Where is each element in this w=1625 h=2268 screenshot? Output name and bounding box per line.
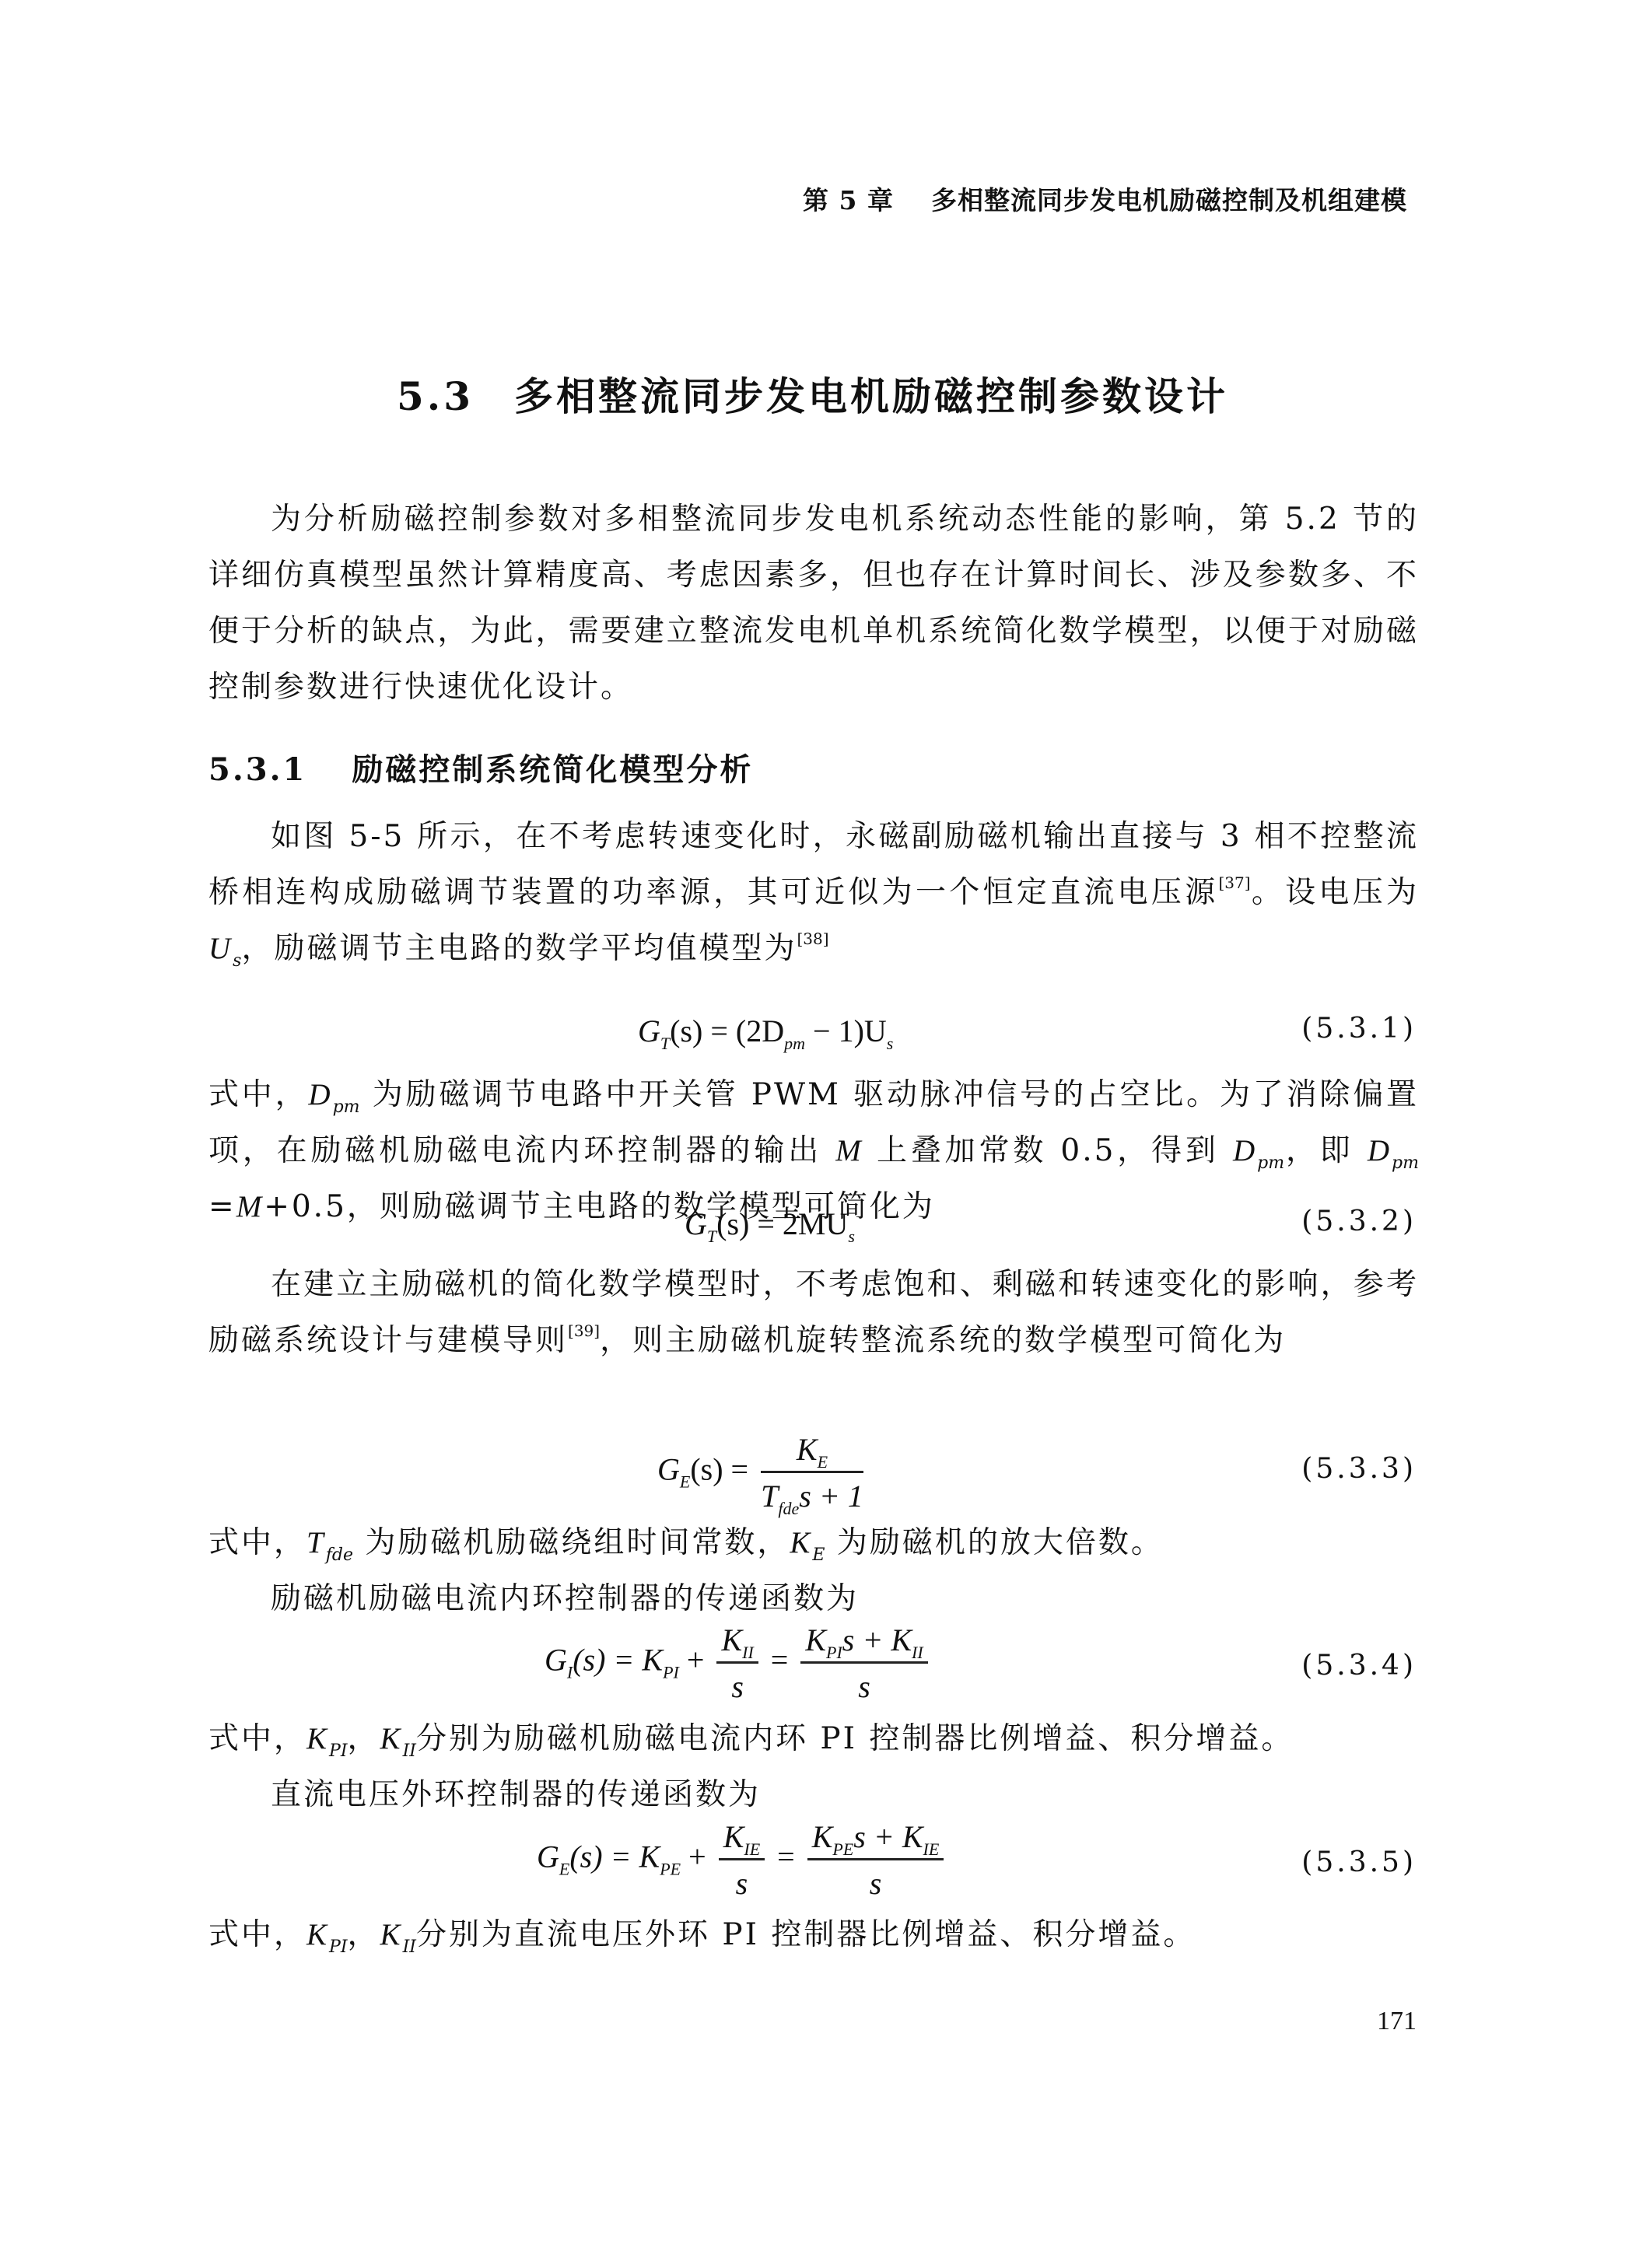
eq-text: (s) = xyxy=(690,1452,756,1487)
eq-text: = xyxy=(769,1839,803,1874)
eq-sub: II xyxy=(912,1643,923,1662)
eq-text: (s) = K xyxy=(573,1643,663,1678)
var-sub: pm xyxy=(1257,1153,1284,1173)
text-run: ，即 xyxy=(1284,1133,1368,1168)
eq-sub: IE xyxy=(744,1839,760,1859)
frac-den: s xyxy=(807,1860,944,1902)
chapter-label: 第 5 章 xyxy=(803,185,894,215)
eq-sub: T xyxy=(707,1227,716,1246)
text-run: 分别为直流电压外环 PI 控制器比例增益、积分增益。 xyxy=(416,1917,1196,1952)
equation-number: (5.3.3) xyxy=(1301,1453,1417,1485)
eq-sub: II xyxy=(742,1643,754,1662)
eq-sub: T xyxy=(660,1034,670,1053)
var-sub: II xyxy=(403,1741,416,1761)
eq-text: (s) = K xyxy=(569,1839,660,1874)
frac-num: K xyxy=(805,1622,826,1657)
eq-sub: PE xyxy=(832,1839,853,1859)
var-sub: pm xyxy=(333,1097,360,1117)
frac-den: s xyxy=(800,1664,927,1705)
frac-num: s + K xyxy=(853,1819,923,1854)
frac-den: s xyxy=(719,1860,765,1902)
var-sub: pm xyxy=(1392,1153,1419,1173)
eq-lhs: G xyxy=(657,1452,680,1487)
var-K: K xyxy=(306,1918,329,1951)
var-D: D xyxy=(308,1078,332,1111)
text-run: 式中， xyxy=(208,1525,306,1560)
subsection-title-text: 励磁控制系统简化模型分析 xyxy=(352,752,753,788)
frac-num: K xyxy=(797,1432,818,1467)
eq-sub: E xyxy=(818,1452,828,1472)
text-run: = xyxy=(208,1189,236,1224)
var-sub: II xyxy=(403,1937,416,1957)
eq-lhs: G xyxy=(545,1643,567,1678)
citation-39[interactable]: [39] xyxy=(568,1321,600,1340)
text-run: 为励磁机的放大倍数。 xyxy=(825,1525,1163,1560)
paragraph-inner-gains: 式中，KPI，KII分别为励磁机励磁电流内环 PI 控制器比例增益、积分增益。 xyxy=(208,1711,1419,1767)
text-run: 式中， xyxy=(208,1917,306,1952)
frac-num: s + K xyxy=(842,1622,912,1657)
subsection-number: 5.3.1 xyxy=(208,751,306,788)
equation-number: (5.3.1) xyxy=(1301,1013,1417,1045)
text-run: ， xyxy=(348,1721,380,1756)
eq-sub: s xyxy=(887,1034,894,1053)
section-title-text: 多相整流同步发电机励磁控制参数设计 xyxy=(514,374,1228,419)
paragraph-exciter-params: 式中，Tfde 为励磁机励磁绕组时间常数，KE 为励磁机的放大倍数。 xyxy=(208,1515,1419,1571)
var-M: M xyxy=(835,1134,863,1167)
var-K: K xyxy=(380,1722,403,1755)
var-D: D xyxy=(1233,1134,1257,1167)
running-head: 第 5 章多相整流同步发电机励磁控制及机组建模 xyxy=(803,180,1407,217)
text-run: 为励磁机励磁绕组时间常数， xyxy=(353,1525,790,1560)
frac-den: s xyxy=(716,1664,758,1705)
section-number: 5.3 xyxy=(397,373,474,419)
eq-text: + xyxy=(681,1839,714,1874)
section-title: 5.3多相整流同步发电机励磁控制参数设计 xyxy=(0,366,1625,422)
fraction: KE Tfdes + 1 xyxy=(761,1431,863,1514)
text-run: 式中， xyxy=(208,1077,308,1112)
eq-sub: E xyxy=(559,1860,569,1879)
equation-number: (5.3.2) xyxy=(1301,1206,1417,1237)
var-sub: PI xyxy=(329,1741,348,1761)
eq-lhs: G xyxy=(685,1206,707,1241)
citation-37[interactable]: [37] xyxy=(1219,873,1251,892)
text-run: ，则主励磁机旋转整流系统的数学模型可简化为 xyxy=(600,1323,1286,1358)
frac-den-tail: s + 1 xyxy=(799,1479,863,1514)
text-run: ， xyxy=(348,1917,380,1952)
text-run: ，励磁调节主电路的数学平均值模型为 xyxy=(241,931,797,966)
eq-text: = xyxy=(763,1643,797,1678)
frac-num: K xyxy=(723,1819,744,1854)
eq-text: (s) = (2D xyxy=(670,1013,784,1048)
fraction: KII s xyxy=(716,1622,758,1705)
eq-sub: E xyxy=(680,1472,690,1492)
var-T: T xyxy=(306,1526,326,1559)
eq-text: + xyxy=(679,1643,713,1678)
eq-sub: s xyxy=(848,1227,855,1246)
paragraph-main-exciter: 在建立主励磁机的简化数学模型时，不考虑饱和、剩磁和转速变化的影响，参考励磁系统设… xyxy=(208,1257,1419,1369)
chapter-title: 多相整流同步发电机励磁控制及机组建模 xyxy=(931,185,1407,215)
page-number: 171 xyxy=(1377,2007,1417,2036)
intro-paragraph: 为分析励磁控制参数对多相整流同步发电机系统动态性能的影响，第 5.2 节的详细仿… xyxy=(208,492,1419,716)
eq-sub: PI xyxy=(826,1643,842,1662)
fraction: KPIs + KII s xyxy=(800,1622,927,1705)
text-run: 。设电压为 xyxy=(1251,875,1419,910)
frac-den: T xyxy=(761,1479,778,1514)
eq-sub: PE xyxy=(660,1860,681,1879)
equation-number: (5.3.4) xyxy=(1301,1650,1417,1682)
paragraph-inner-loop-intro: 励磁机励磁电流内环控制器的传递函数为 xyxy=(208,1571,1419,1627)
fraction: KIE s xyxy=(719,1818,765,1902)
var-sub: s xyxy=(233,951,241,971)
eq-sub: pm xyxy=(784,1034,805,1053)
text-run: 分别为励磁机励磁电流内环 PI 控制器比例增益、积分增益。 xyxy=(416,1721,1294,1756)
var-K: K xyxy=(790,1526,812,1559)
paragraph-outer-gains: 式中，KPI，KII分别为直流电压外环 PI 控制器比例增益、积分增益。 xyxy=(208,1907,1419,1963)
eq-lhs: G xyxy=(537,1839,559,1874)
frac-num: K xyxy=(812,1819,833,1854)
var-U: U xyxy=(208,932,233,965)
var-K: K xyxy=(380,1918,403,1951)
text-run: 上叠加常数 0.5，得到 xyxy=(863,1133,1233,1168)
eq-sub: PI xyxy=(663,1663,679,1682)
eq-lhs: G xyxy=(638,1013,660,1048)
var-sub: PI xyxy=(329,1937,348,1957)
var-D: D xyxy=(1368,1134,1392,1167)
var-sub: E xyxy=(812,1545,825,1565)
paragraph-power-source: 如图 5-5 所示，在不考虑转速变化时，永磁副励磁机输出直接与 3 相不控整流桥… xyxy=(208,809,1419,977)
text-run: 式中， xyxy=(208,1721,306,1756)
var-sub: fde xyxy=(326,1545,353,1565)
eq-text: − 1)U xyxy=(805,1013,887,1048)
eq-text: (s) = 2MU xyxy=(716,1206,848,1241)
var-K: K xyxy=(306,1722,329,1755)
fraction: KPEs + KIE s xyxy=(807,1818,944,1902)
text-run: 如图 5-5 所示，在不考虑转速变化时，永磁副励磁机输出直接与 3 相不控整流桥… xyxy=(208,819,1419,910)
paragraph-outer-loop-intro: 直流电压外环控制器的传递函数为 xyxy=(208,1767,1419,1823)
eq-sub: IE xyxy=(923,1839,940,1859)
equation-number: (5.3.5) xyxy=(1301,1846,1417,1878)
subsection-title: 5.3.1励磁控制系统简化模型分析 xyxy=(208,745,753,789)
var-M: M xyxy=(236,1190,264,1223)
citation-38[interactable]: [38] xyxy=(797,929,828,948)
frac-num: K xyxy=(721,1622,742,1657)
